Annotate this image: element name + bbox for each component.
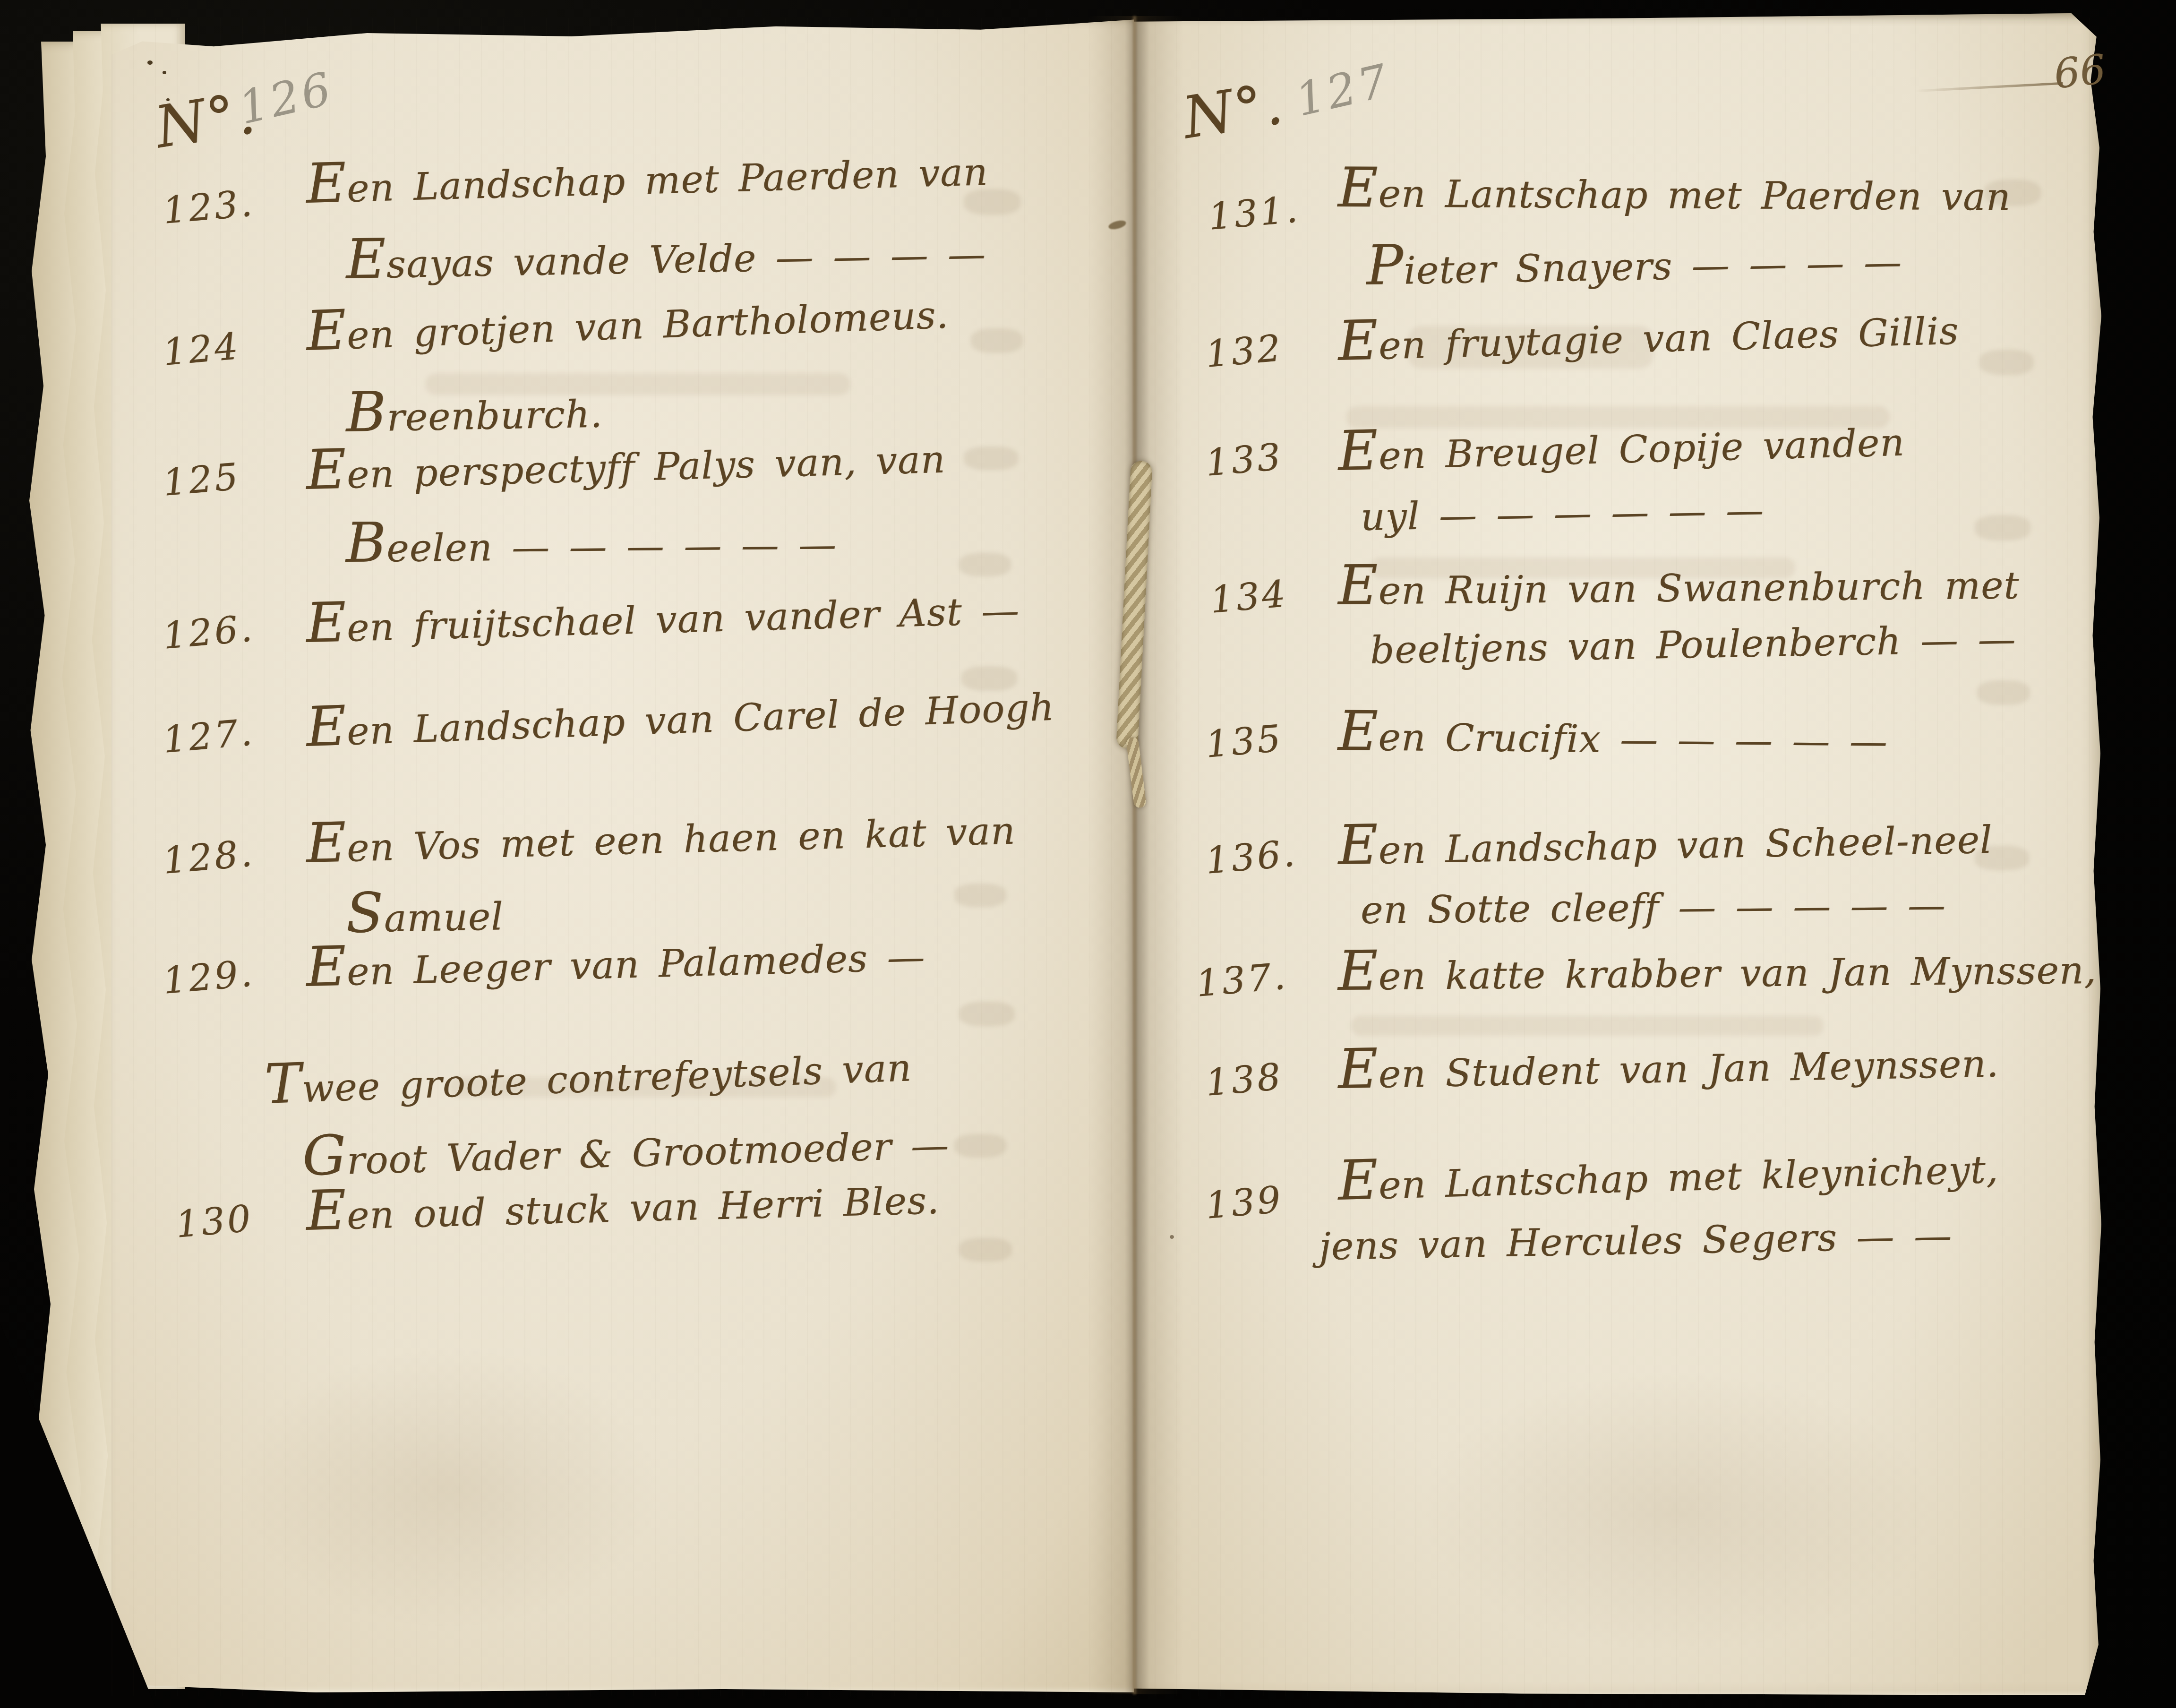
entry-number: 136. (1204, 832, 1299, 883)
entry-number: 137. (1194, 955, 1289, 1005)
paper-stain (236, 1347, 661, 1630)
ink-speck (166, 98, 170, 101)
entry-line: Een Student van Jan Meynssen. (1337, 1026, 1999, 1101)
bleed-through-mark (1977, 680, 2030, 705)
entry-number: 132 (1204, 327, 1285, 376)
bleed-through-mark (954, 1134, 1006, 1158)
bleed-through-mark (959, 1002, 1015, 1026)
entry-number: 135 (1204, 717, 1285, 766)
entry-line: Een katte krabber van Jan Mynssen, (1337, 933, 2097, 1003)
bleed-through-mark (1975, 515, 2030, 541)
entry-line: Een Lantschap met Paerden van (1338, 156, 2011, 223)
bleed-through-mark (1979, 350, 2034, 375)
entry-line: Een Crucifix — — — — — (1337, 699, 1888, 768)
bleed-through-mark (954, 884, 1006, 907)
bleed-through-mark (971, 328, 1023, 353)
entry-line: en Sotte cleeff — — — — — (1361, 883, 1946, 932)
entry-number: 138 (1204, 1056, 1285, 1105)
paper-stain (1417, 1370, 1937, 1654)
entry-line: Een Ruijn van Swanenburch met (1337, 548, 2020, 618)
ink-speck (1170, 1235, 1174, 1239)
entry-number: 128. (161, 832, 256, 883)
entry-number: 129. (161, 952, 256, 1003)
entry-line: uyl — — — — — — (1360, 488, 1764, 539)
entry-number: 123. (161, 182, 256, 232)
entry-number: 124 (161, 325, 242, 374)
folio-number: 66 (2052, 46, 2108, 98)
binding-seam (1133, 16, 1136, 1694)
entry-number: 127. (161, 711, 256, 762)
entry-number: 133 (1204, 436, 1285, 485)
entry-number: 134 (1208, 573, 1289, 622)
entry-line: Beelen — — — — — — (345, 507, 837, 575)
entry-number: 125 (161, 455, 242, 505)
ink-speck (147, 60, 153, 65)
entry-number: 139 (1204, 1178, 1285, 1227)
bleed-through-mark (964, 446, 1018, 470)
entry-number: 130 (174, 1197, 255, 1246)
ink-speck (163, 71, 166, 74)
bleed-through-mark (959, 1238, 1012, 1262)
entry-line: Een Landschap van Scheel-neel (1337, 802, 1993, 877)
entry-number: 131. (1207, 188, 1302, 239)
manuscript-photo: N°. 126 123. Een Landschap met Paerden v… (0, 0, 2176, 1708)
binding-gutter (1089, 16, 1183, 1694)
entry-line: Pieter Snayers — — — — (1366, 224, 1902, 298)
entry-number: 126. (161, 607, 256, 658)
